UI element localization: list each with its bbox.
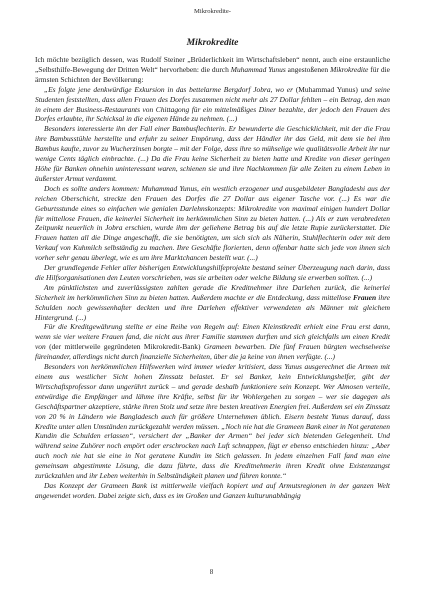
- body-paragraph: Am pünktlichsten und zuverlässigsten zah…: [35, 283, 390, 323]
- paragraph-segment: Muhammad Yunus: [231, 65, 286, 74]
- paragraph-segment: Am pünktlichsten und zuverlässigsten zah…: [35, 283, 390, 302]
- body-paragraph: Ich möchte bezüglich dessen, was Rudolf …: [35, 55, 390, 85]
- running-header: Mikrokredite-: [35, 8, 390, 16]
- paragraph-segment: Besonders interessierte ihn der Fall ein…: [35, 124, 390, 183]
- paragraph-segment: Das Konzept der Grameen Bank ist mittler…: [35, 481, 390, 500]
- body-paragraph: Doch es sollte anders kommen: Muhammad Y…: [35, 184, 390, 263]
- body-paragraph: Besonders von herkömmlichen Hilfswerken …: [35, 362, 390, 481]
- body-paragraph: „Es folgte jene denkwürdige Exkursion in…: [35, 85, 390, 125]
- body-paragraph: Der grundlegende Fehler aller bisherigen…: [35, 263, 390, 283]
- body-paragraph: Besonders interessierte ihn der Fall ein…: [35, 124, 390, 183]
- document-body: Ich möchte bezüglich dessen, was Rudolf …: [35, 55, 390, 501]
- paragraph-segment: Mikrokredite: [330, 65, 368, 74]
- paragraph-segment: Der grundlegende Fehler aller bisherigen…: [35, 263, 390, 282]
- page-title: Mikrokredite: [35, 37, 390, 48]
- body-paragraph: Das Konzept der Grameen Bank ist mittler…: [35, 481, 390, 501]
- paragraph-segment: Doch es sollte anders kommen: Muhammad Y…: [35, 184, 390, 262]
- paragraph-segment: „Es folgte jene denkwürdige Exkursion in…: [44, 85, 296, 94]
- document-page: Mikrokredite- Mikrokredite Ich möchte be…: [0, 0, 423, 598]
- paragraph-segment: Besonders von herkömmlichen Hilfswerken …: [35, 362, 390, 480]
- page-number: 8: [0, 568, 423, 576]
- body-paragraph: Für die Kreditgewährung stellte er eine …: [35, 322, 390, 362]
- paragraph-segment: angestoßenen: [286, 65, 330, 74]
- paragraph-segment: Frauen: [353, 293, 376, 302]
- paragraph-segment: (Muhammad Yunus): [296, 85, 358, 94]
- paragraph-segment: (der mittlerweile gegründeten Mikrokredi…: [49, 342, 200, 351]
